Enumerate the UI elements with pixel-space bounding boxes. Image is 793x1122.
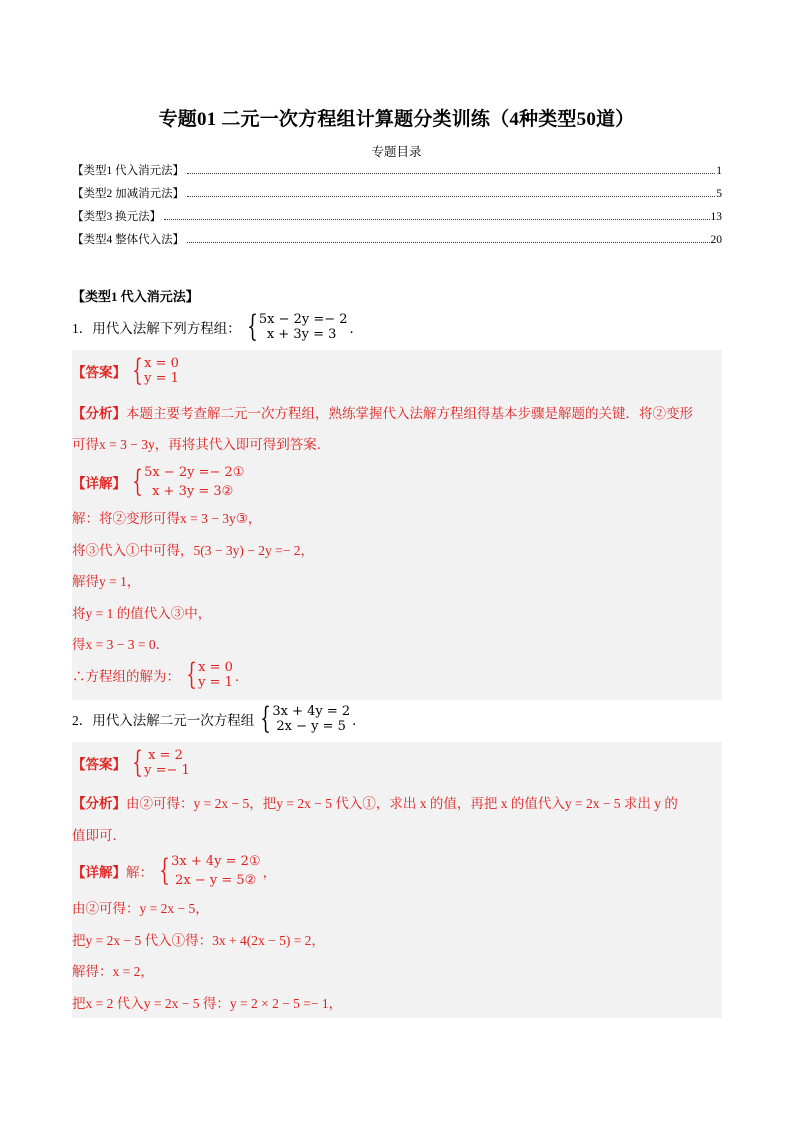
toc-heading: 专题目录 [0,142,793,160]
detail-label: 【详解】 [72,861,126,881]
analysis-label: 【分析】 [72,402,126,422]
equation-line: 2x − y = 5② [171,871,260,890]
detail-system: { 3x + 4y = 2① 2x − y = 5② [155,852,261,890]
equation-line: 5x − 2y =− 2 [259,312,348,327]
analysis-line-1: 【分析】 本题主要考查解二元一次方程组，熟练掌握代入法解方程组得基本步骤是解题的… [72,402,693,422]
detail-prefix: 解： [126,861,153,881]
answer-row: 【答案】 { x = 0 y = 1 [72,356,181,386]
solution-box-2: 【答案】 { x = 2 y =− 1 【分析】 由②可得：y = 2x − 5… [72,742,722,1018]
punctuation: ． [235,665,249,685]
equation-line: 3x + 4y = 2 [272,704,350,719]
left-brace-icon: { [132,356,143,386]
solution-step: 得x = 3 − 3 = 0． [72,633,169,653]
answer-row: 【答案】 { x = 2 y =− 1 [72,748,192,778]
conclusion-text: ∴方程组的解为： [72,665,180,685]
punctuation: ． [350,317,364,337]
left-brace-icon: { [132,467,143,497]
equation-line: 5x − 2y =− 2① [144,463,244,482]
punctuation: ． [352,709,366,729]
toc-entry-3[interactable]: 【类型3 换元法】 13 [72,208,722,231]
answer-system: { x = 0 y = 1 [128,356,179,386]
analysis-line-2: 可得x = 3 − 3y，再将其代入即可得到答案． [72,433,330,453]
solution-step: 把x = 2 代入y = 2x − 5 得：y = 2 × 2 − 5 =− 1… [72,992,342,1012]
left-brace-icon: { [261,704,272,734]
toc-entry-2[interactable]: 【类型2 加减消元法】 5 [72,185,722,208]
toc-page-number: 1 [715,165,722,177]
detail-row: 【详解】 { 5x − 2y =− 2① x + 3y = 3② [72,463,246,501]
toc-page-number: 5 [715,188,722,200]
equation-line: y = 1 [144,371,179,386]
equation-line: 2x − y = 5 [272,719,350,734]
equation-line: x + 3y = 3② [144,482,244,501]
solution-step: 将③代入①中可得，5(3 − 3y) − 2y =− 2， [72,539,314,559]
equation-line: y = 1 [198,675,233,690]
toc-entry-1[interactable]: 【类型1 代入消元法】 1 [72,162,722,185]
solution-step: 解得：x = 2， [72,960,154,980]
conclusion-system: { x = 0 y = 1 [182,660,233,690]
equation-line: x = 2 [144,748,190,763]
equation-line: 3x + 4y = 2① [171,852,260,871]
equation-line: x + 3y = 3 [259,327,348,342]
equation-line: x = 0 [198,660,233,675]
detail-label: 【详解】 [72,472,126,492]
solution-step: 将y = 1 的值代入③中， [72,602,211,622]
toc-entry-label: 【类型1 代入消元法】 [72,162,187,178]
left-brace-icon: { [186,660,197,690]
answer-label: 【答案】 [72,753,126,773]
answer-label: 【答案】 [72,361,126,381]
analysis-label: 【分析】 [72,792,126,812]
analysis-line-1: 【分析】 由②可得：y = 2x − 5，把y = 2x − 5 代入①，求出 … [72,792,678,812]
equation-line: y =− 1 [144,763,190,778]
section-heading: 【类型1 代入消元法】 [72,286,199,305]
equation-line: x = 0 [144,356,179,371]
problem-prompt: 用代入法解二元一次方程组 [92,709,254,729]
solution-step: 把y = 2x − 5 代入①得：3x + 4(2x − 5) = 2， [72,929,325,949]
problem-1-statement: 1． 用代入法解下列方程组： { 5x − 2y =− 2 x + 3y = 3… [72,312,363,342]
table-of-contents: 【类型1 代入消元法】 1 【类型2 加减消元法】 5 【类型3 换元法】 13… [72,162,722,254]
toc-entry-4[interactable]: 【类型4 整体代入法】 20 [72,231,722,254]
toc-page-number: 20 [710,234,723,246]
toc-leader-dots [164,219,709,220]
left-brace-icon: { [132,748,143,778]
document-title: 专题01 二元一次方程组计算题分类训练（4种类型50道） [0,104,793,131]
problem-number: 2． [72,709,92,729]
punctuation: ， [263,861,277,881]
toc-leader-dots [187,242,709,243]
equation-system: { 3x + 4y = 2 2x − y = 5 [256,704,350,734]
left-brace-icon: { [247,312,258,342]
detail-row: 【详解】 解： { 3x + 4y = 2① 2x − y = 5② ， [72,852,276,890]
equation-system: { 5x − 2y =− 2 x + 3y = 3 [243,312,348,342]
analysis-text: 由②可得：y = 2x − 5，把y = 2x − 5 代入①，求出 x 的值，… [126,792,678,812]
toc-leader-dots [187,173,715,174]
toc-entry-label: 【类型4 整体代入法】 [72,231,187,247]
problem-number: 1． [72,317,92,337]
toc-page-number: 13 [710,211,723,223]
analysis-line-2: 值即可． [72,824,126,844]
toc-entry-label: 【类型2 加减消元法】 [72,185,187,201]
toc-entry-label: 【类型3 换元法】 [72,208,164,224]
analysis-text: 本题主要考查解二元一次方程组，熟练掌握代入法解方程组得基本步骤是解题的关键．将②… [126,402,693,422]
answer-system: { x = 2 y =− 1 [128,748,190,778]
solution-step: 解：将②变形可得x = 3 − 3y③， [72,507,261,527]
detail-system: { 5x − 2y =− 2① x + 3y = 3② [128,463,244,501]
problem-2-statement: 2． 用代入法解二元一次方程组 { 3x + 4y = 2 2x − y = 5… [72,704,366,734]
solution-step: 解得y = 1， [72,570,140,590]
problem-prompt: 用代入法解下列方程组： [92,317,241,337]
solution-step: 由②可得：y = 2x − 5， [72,897,209,917]
solution-box-1: 【答案】 { x = 0 y = 1 【分析】 本题主要考查解二元一次方程组，熟… [72,350,722,700]
conclusion-row: ∴方程组的解为： { x = 0 y = 1 ． [72,660,248,690]
left-brace-icon: { [159,856,170,886]
toc-leader-dots [187,196,715,197]
